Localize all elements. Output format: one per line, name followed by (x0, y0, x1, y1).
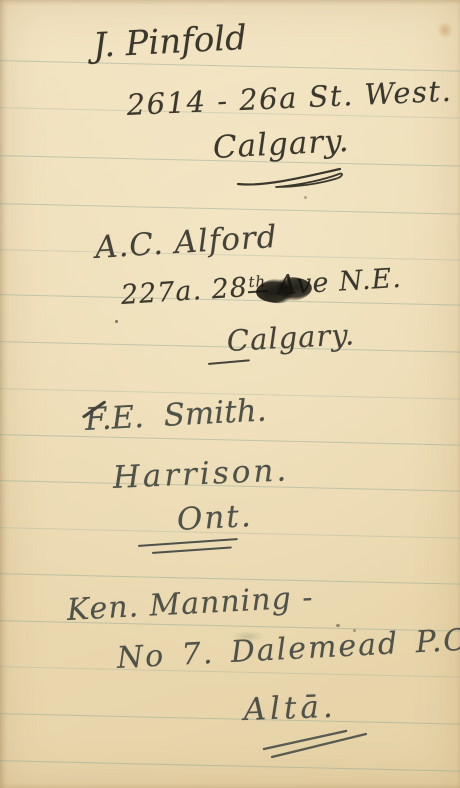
notebook-page: J. Pinfold 2614 - 26a St. West. Calgary.… (0, 0, 460, 788)
ink-speck (353, 629, 356, 632)
rule-line (0, 760, 460, 772)
rule-line (0, 60, 460, 72)
rule-line (0, 713, 460, 725)
pen-underline (208, 359, 250, 365)
ink-speck (336, 624, 340, 627)
rule-line (0, 573, 460, 585)
rule-line (0, 434, 460, 446)
flourish-underline (236, 164, 346, 192)
handwritten-place: Calgary. (226, 317, 356, 358)
paper-stain (434, 18, 456, 42)
rule-line (0, 203, 460, 215)
handwritten-address: 2614 - 26a St. West. (126, 74, 453, 122)
double-underline-top (138, 538, 238, 547)
handwritten-name: J. Pinfold (92, 18, 248, 66)
ink-speck (304, 196, 307, 199)
handwritten-name: Ken. Manning - (66, 580, 314, 628)
handwritten-name: A.C. Alford (94, 219, 279, 266)
address-prefix: 227a. 28 (120, 272, 249, 311)
handwritten-place: Altā. (243, 689, 337, 728)
ink-speck (115, 320, 118, 323)
handwritten-address: No 7. Dalemead P.O. (116, 622, 460, 676)
handwritten-name: F.E. Smith. (84, 392, 267, 437)
handwritten-place: Calgary. (212, 123, 350, 166)
handwritten-place: Ont. (176, 498, 253, 538)
slash-underline (258, 726, 370, 762)
double-underline-bottom (152, 546, 232, 554)
handwritten-address: Harrison. (112, 452, 290, 496)
